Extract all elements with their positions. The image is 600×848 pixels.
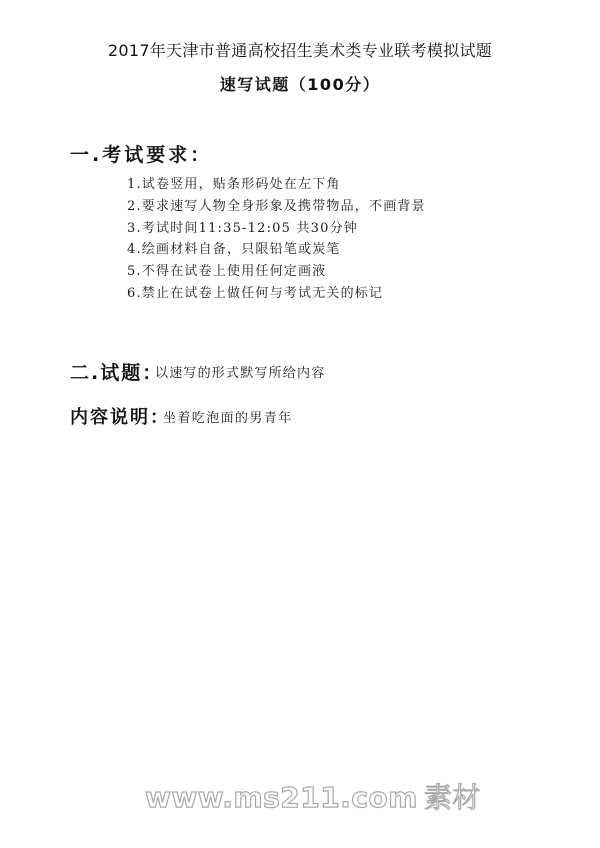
watermark-url: www.ms211.com <box>145 781 418 814</box>
section-content-heading: 内容说明： <box>70 403 170 429</box>
exam-subtitle: 速写试题（100分） <box>0 72 600 95</box>
requirement-item: 6.禁止在试卷上做任何与考试无关的标记 <box>127 283 426 305</box>
exam-title: 2017年天津市普通高校招生美术类专业联考模拟试题 <box>0 38 600 61</box>
requirement-item: 1.试卷竖用，贴条形码处在左下角 <box>127 174 426 196</box>
requirement-item: 5.不得在试卷上使用任何定画液 <box>127 261 426 283</box>
section-content-text: 坐着吃泡面的男青年 <box>163 407 293 426</box>
section-question-heading: 二.试题： <box>70 358 163 385</box>
requirements-list: 1.试卷竖用，贴条形码处在左下角 2.要求速写人物全身形象及携带物品，不画背景 … <box>127 174 426 305</box>
watermark: www.ms211.com素材 <box>145 776 481 816</box>
watermark-label: 素材 <box>424 781 481 814</box>
section-question-text: 以速写的形式默写所给内容 <box>155 362 325 381</box>
requirement-item: 4.绘画材料自备，只限铅笔或炭笔 <box>127 239 426 261</box>
section-requirements-heading: 一.考试要求： <box>70 140 212 167</box>
requirement-item: 3.考试时间11:35-12:05 共30分钟 <box>127 218 426 240</box>
requirement-item: 2.要求速写人物全身形象及携带物品，不画背景 <box>127 196 426 218</box>
